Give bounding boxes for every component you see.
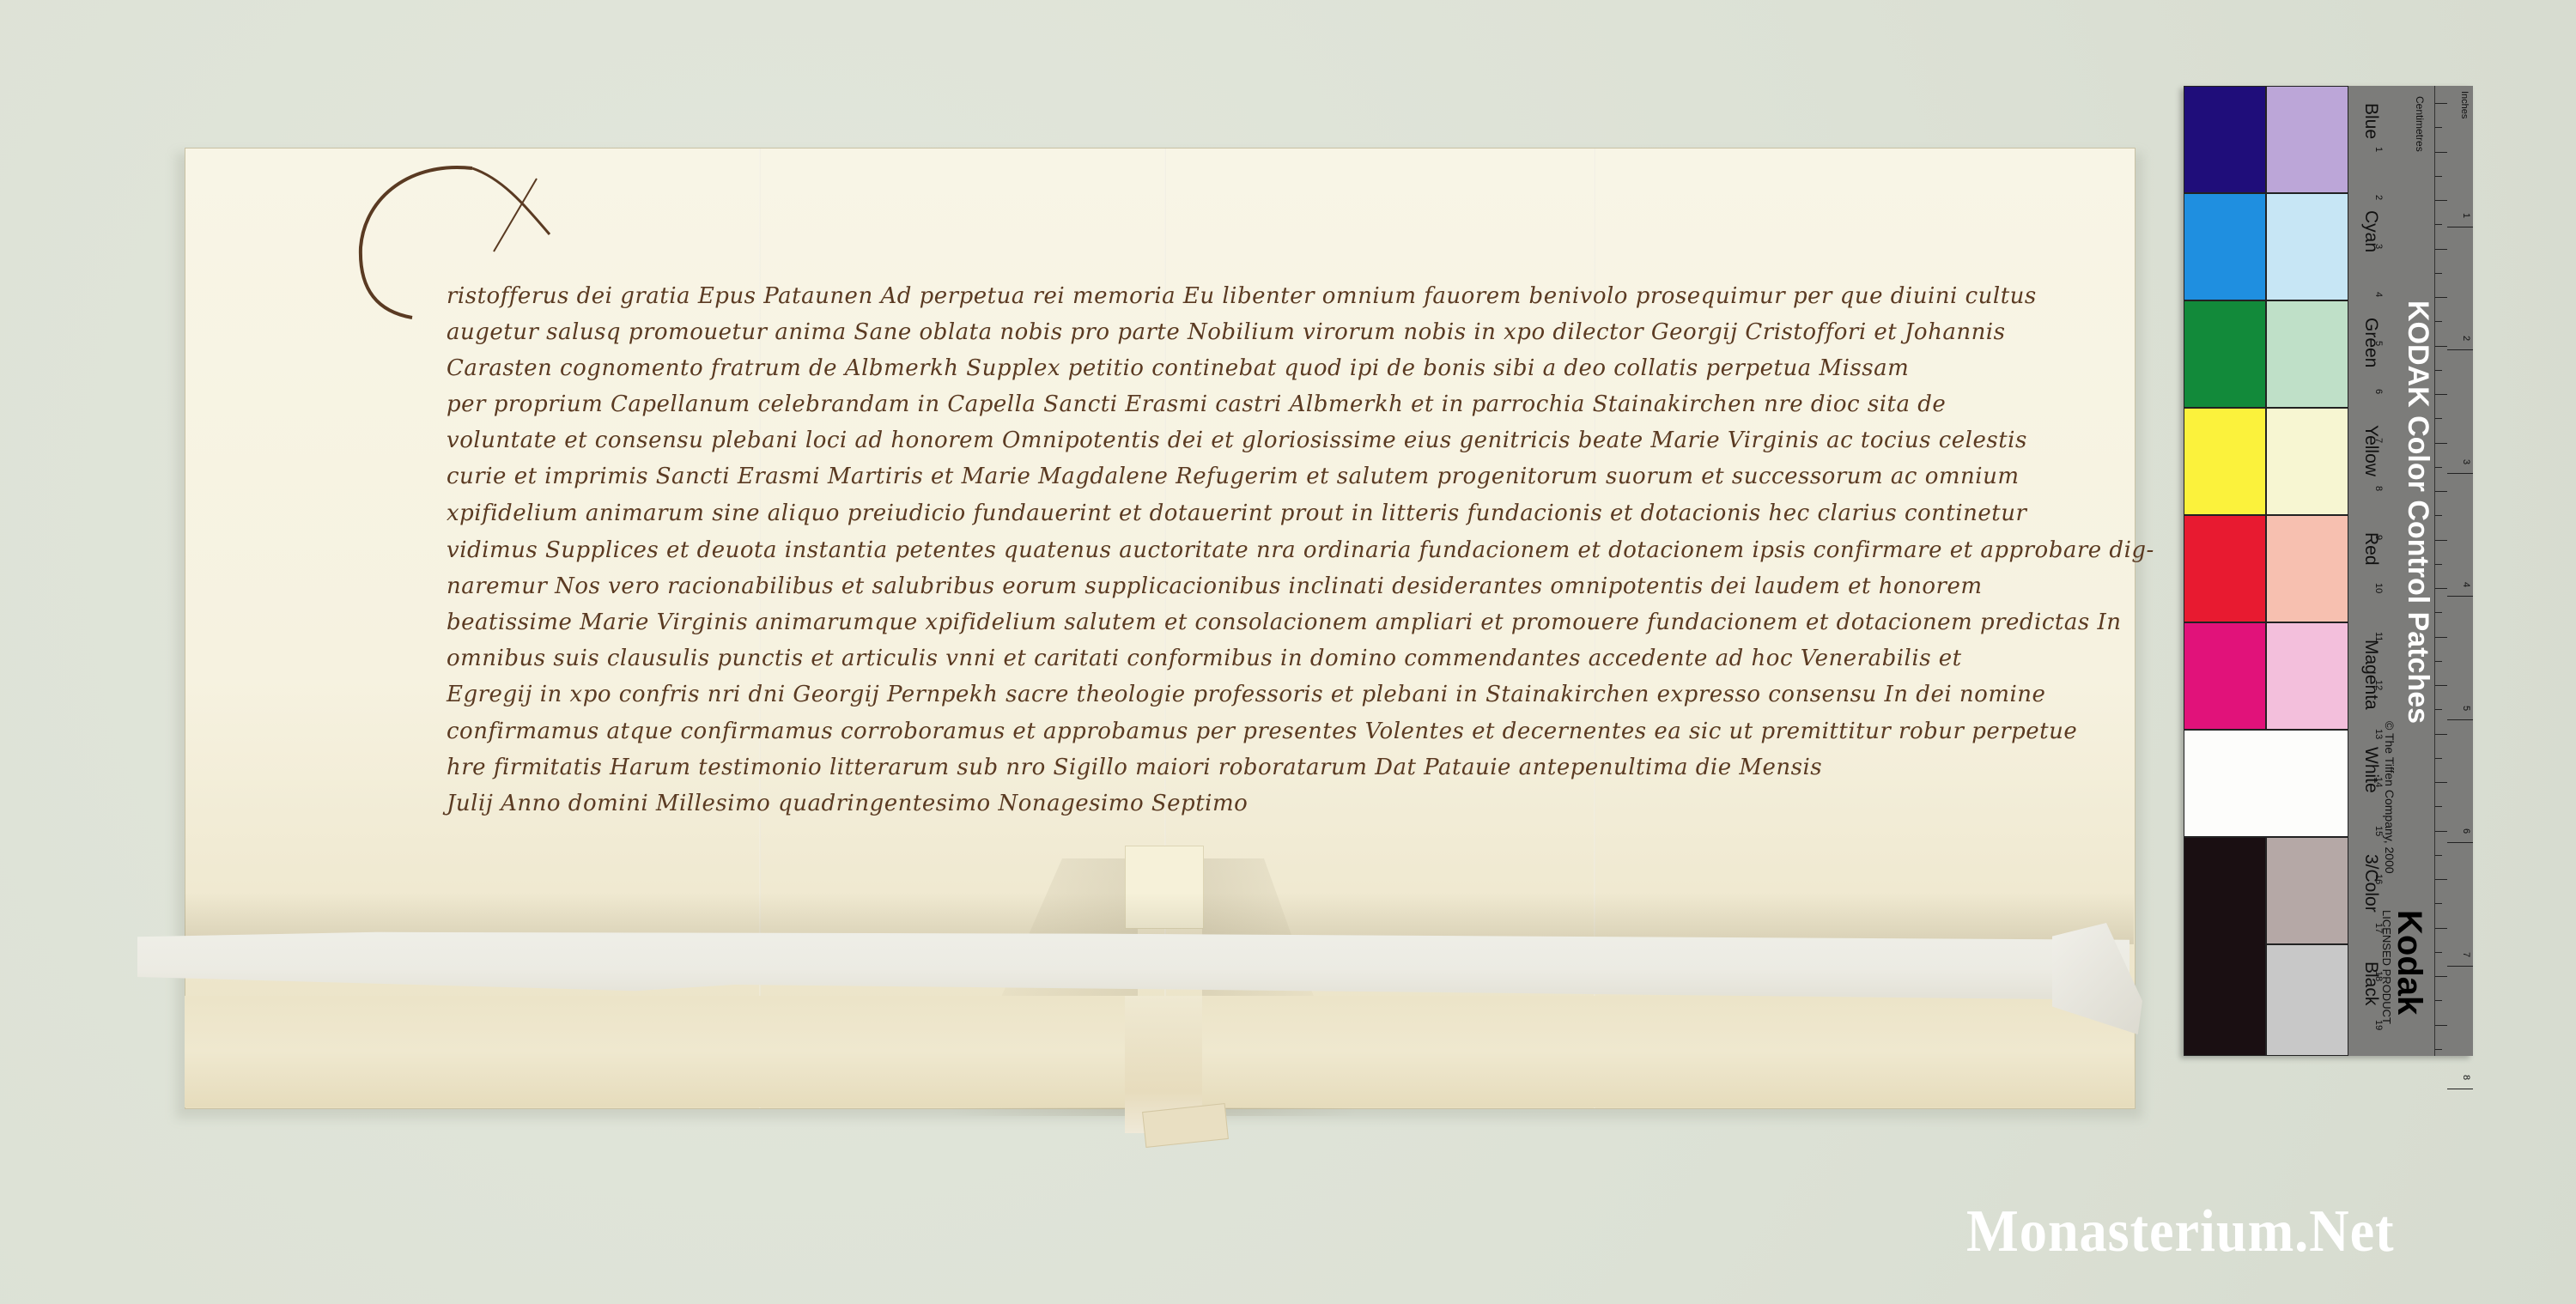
text-line: beatissime Marie Virginis animarumque xp… (447, 610, 2122, 635)
ruler-tick (2435, 224, 2442, 225)
cm-tick-label: 14 (2373, 777, 2384, 787)
inch-tick-label: 7 (2461, 952, 2471, 957)
ruler-tick (2435, 346, 2447, 347)
inch-tick (2447, 842, 2473, 843)
cm-tick-label: 13 (2373, 729, 2384, 739)
text-line: Egregij in xpo confris nri dni Georgij P… (447, 682, 2045, 707)
cm-tick-label: 10 (2373, 583, 2384, 593)
ruler-tick (2435, 515, 2442, 516)
text-line: curie et imprimis Sancti Erasmi Martiris… (447, 464, 2020, 489)
inch-tick (2447, 719, 2473, 720)
ruler-tick (2435, 200, 2447, 201)
cm-tick-label: 9 (2373, 535, 2384, 540)
color-patch-green-dark (2184, 300, 2266, 408)
cm-tick-label: 1 (2373, 147, 2384, 152)
color-patch-yellow-light (2266, 408, 2348, 515)
inch-tick-label: 1 (2461, 213, 2471, 218)
kodak-logo: Kodak (2390, 910, 2428, 1015)
ruler-tick (2435, 588, 2447, 589)
inches-label: Inches (2459, 91, 2470, 118)
color-patch-white (2184, 730, 2348, 837)
color-patch-3-color-light (2266, 837, 2348, 944)
cm-tick-label: 3 (2373, 244, 2384, 249)
ruler-tick (2435, 418, 2442, 419)
ruler-tick (2435, 903, 2442, 904)
color-patch-red-light (2266, 515, 2348, 622)
chart-title: KODAK Color Control Patches (2401, 300, 2434, 724)
cm-tick-label: 5 (2373, 341, 2384, 346)
ruler-tick (2435, 637, 2447, 638)
ruler-tick (2435, 734, 2447, 735)
ruler-tick (2435, 297, 2447, 298)
text-line: xpifidelium animarum sine aliquo preiudi… (447, 500, 2026, 526)
ruler-tick (2435, 321, 2442, 322)
ruler-tick (2435, 1025, 2447, 1026)
seal-tag-end (1142, 1103, 1229, 1148)
ruler: Inches 123456789101112131415161718191234… (2434, 86, 2474, 1056)
color-patch-magenta-light (2266, 622, 2348, 730)
ruler-tick (2435, 176, 2442, 177)
text-line: per proprium Capellanum celebrandam in C… (447, 391, 1946, 417)
text-line: vidimus Supplices et deuota instantia pe… (447, 537, 2154, 563)
chart-copyright: © The Tiffen Company, 2000 (2383, 721, 2397, 874)
centimetres-label: Centimetres (2414, 96, 2426, 152)
inch-tick-label: 2 (2461, 336, 2471, 341)
ruler-tick (2435, 685, 2447, 686)
ruler-tick (2435, 952, 2442, 953)
chart-labels: KODAK Color Control Patches © The Tiffen… (2348, 86, 2434, 1056)
ruler-tick (2435, 831, 2447, 832)
text-line: augetur salusq promouetur anima Sane obl… (447, 319, 2005, 345)
ruler-tick (2435, 564, 2442, 565)
color-patch-blue-dark (2184, 86, 2266, 193)
text-line: omnibus suis clausulis punctis et articu… (447, 646, 1962, 671)
text-line: confirmamus atque confirmamus corroboram… (447, 719, 2077, 744)
cm-tick-label: 11 (2373, 632, 2384, 641)
ruler-tick (2435, 612, 2442, 613)
cm-tick-label: 19 (2373, 1020, 2384, 1030)
ruler-tick (2435, 976, 2447, 977)
ruler-tick (2435, 394, 2447, 395)
ruler-tick (2435, 806, 2442, 807)
text-line: voluntate et consensu plebani loci ad ho… (447, 428, 2027, 453)
inch-tick-label: 5 (2461, 706, 2471, 711)
ruler-tick (2435, 370, 2442, 371)
ruler-tick (2435, 928, 2447, 929)
inch-tick-label: 4 (2461, 582, 2471, 587)
ruler-tick (2435, 782, 2447, 783)
cm-tick-label: 17 (2373, 923, 2384, 933)
ruler-tick (2435, 661, 2442, 662)
cm-tick-label: 2 (2373, 195, 2384, 200)
text-line: Carasten cognomento fratrum de Albmerkh … (447, 355, 1909, 381)
inch-tick (2447, 596, 2473, 597)
ruler-tick (2435, 855, 2442, 856)
inch-tick (2447, 227, 2473, 227)
cm-tick-label: 4 (2373, 292, 2384, 297)
cm-tick-label: 15 (2373, 826, 2384, 836)
ruler-tick (2435, 443, 2447, 444)
ruler-tick (2435, 709, 2442, 710)
text-line: naremur Nos vero racionabilibus et salub… (447, 573, 1983, 599)
inch-tick (2447, 349, 2473, 350)
cm-tick-label: 16 (2373, 874, 2384, 884)
ruler-tick (2435, 1049, 2442, 1050)
ruler-tick (2435, 249, 2447, 250)
color-patch-magenta-dark (2184, 622, 2266, 730)
cm-tick-label: 18 (2373, 971, 2384, 981)
ruler-tick (2435, 540, 2447, 541)
ruler-tick (2435, 758, 2442, 759)
color-patch-black (2184, 837, 2266, 1056)
inch-tick-label: 8 (2461, 1075, 2471, 1080)
color-patch-green-light (2266, 300, 2348, 408)
color-patch-cyan-light (2266, 193, 2348, 300)
text-line: ristofferus dei gratia Epus Pataunen Ad … (447, 283, 2037, 309)
color-patch-red-dark (2184, 515, 2266, 622)
inch-tick-label: 6 (2461, 828, 2471, 834)
cm-tick-label: 7 (2373, 438, 2384, 443)
kodak-color-chart: BlueCyanGreenYellowRedMagentaWhite3/Colo… (2184, 86, 2473, 1056)
inch-tick (2447, 966, 2473, 967)
inch-tick (2447, 1089, 2473, 1089)
ruler-tick (2435, 127, 2442, 128)
color-patch-cyan-dark (2184, 193, 2266, 300)
color-patch-blue-light (2266, 86, 2348, 193)
ruler-tick (2435, 491, 2447, 492)
ruler-tick (2435, 103, 2447, 104)
ruler-tick (2435, 467, 2442, 468)
text-line: hre firmitatis Harum testimonio litterar… (447, 755, 1822, 780)
ruler-tick (2435, 1000, 2442, 1001)
color-patch-yellow-dark (2184, 408, 2266, 515)
inch-tick-label: 3 (2461, 459, 2471, 464)
cm-tick-label: 6 (2373, 389, 2384, 394)
text-line: Julij Anno domini Millesimo quadringente… (447, 791, 1248, 816)
ruler-tick (2435, 152, 2447, 153)
inch-tick (2447, 473, 2473, 474)
color-patch-black-light (2266, 944, 2348, 1056)
cm-tick-label: 12 (2373, 680, 2384, 690)
ruler-tick (2435, 273, 2442, 274)
ruler-tick (2435, 879, 2447, 880)
watermark: Monasterium.Net (1966, 1198, 2394, 1266)
cm-tick-label: 8 (2373, 486, 2384, 491)
